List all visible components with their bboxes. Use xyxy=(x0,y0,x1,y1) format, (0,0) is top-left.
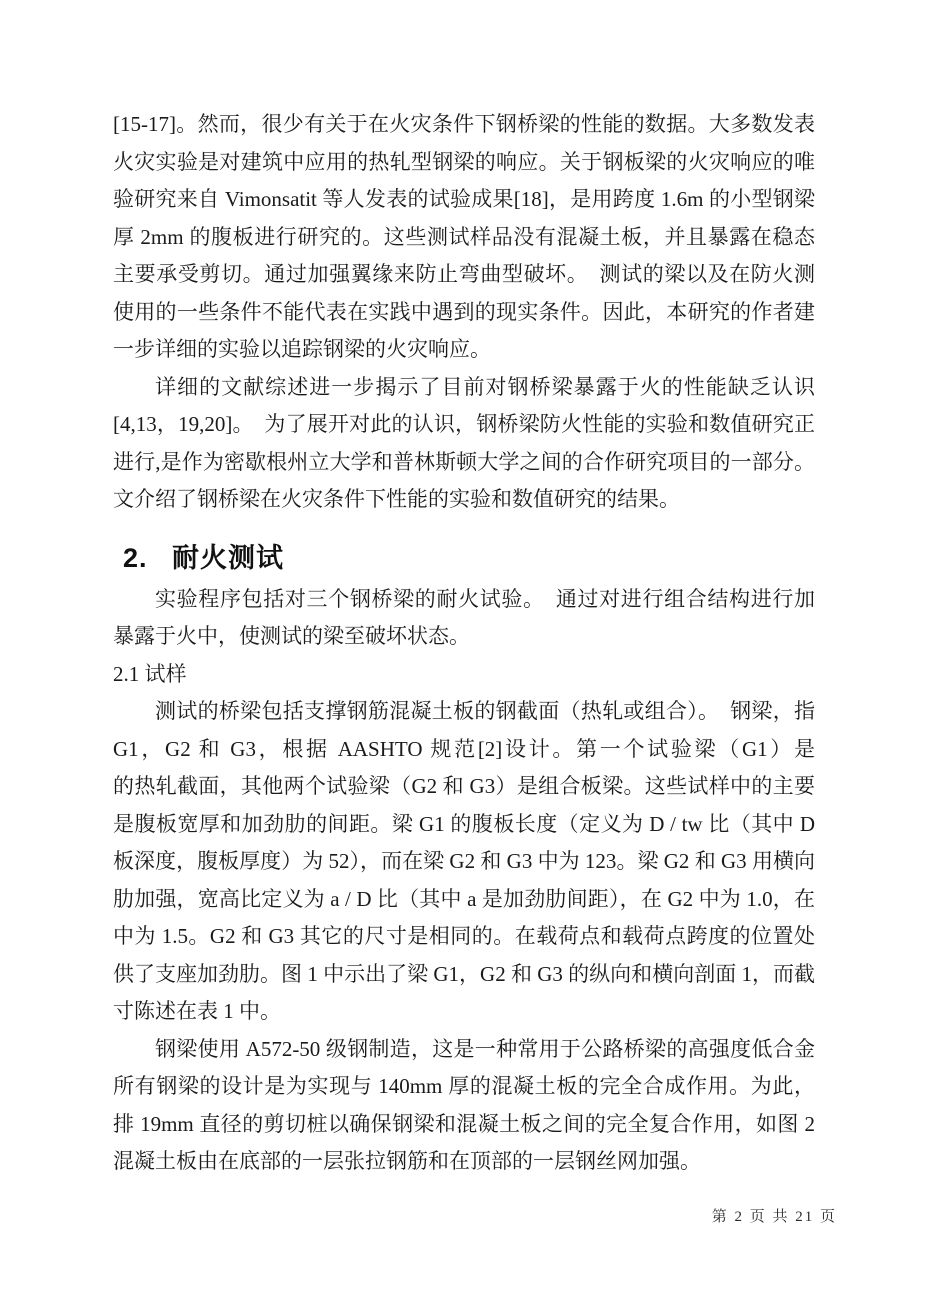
text-line: 板深度，腹板厚度）为 52），而在梁 G2 和 G3 中为 123。梁 G2 和… xyxy=(113,843,815,881)
text-line: 验研究来自 Vimonsatit 等人发表的试验成果[18]，是用跨度 1.6m… xyxy=(113,181,815,219)
text-line: 混凝土板由在底部的一层张拉钢筋和在顶部的一层钢丝网加强。 xyxy=(113,1143,815,1181)
document-page: [15-17]。然而，很少有关于在火灾条件下钢桥梁的性能的数据。大多数发表的 火… xyxy=(0,0,926,1309)
text-line: 主要承受剪切。通过加强翼缘来防止弯曲型破坏。 测试的梁以及在防火测试中 xyxy=(113,256,815,294)
text-line: 进行,是作为密歇根州立大学和普林斯顿大学之间的合作研究项目的一部分。本 xyxy=(113,444,815,482)
text-line: 寸陈述在表 1 中。 xyxy=(113,993,815,1031)
text-line: 厚 2mm 的腹板进行研究的。这些测试样品没有混凝土板，并且暴露在稳态火灾下 xyxy=(113,219,815,257)
text-line: 测试的桥梁包括支撑钢筋混凝土板的钢截面（热轧或组合）。 钢梁，指定为 xyxy=(113,693,815,731)
subsection-heading: 2.1 试样 xyxy=(113,656,815,694)
section-title: 耐火测试 xyxy=(172,543,284,573)
text-line: [15-17]。然而，很少有关于在火灾条件下钢桥梁的性能的数据。大多数发表的 xyxy=(113,106,815,144)
text-line: G1，G2 和 G3，根据 AASHTO 规范[2]设计。第一个试验梁（G1）是… xyxy=(113,731,815,769)
text-line: 供了支座加劲肋。图 1 中示出了梁 G1，G2 和 G3 的纵向和横向剖面 1，… xyxy=(113,956,815,994)
text-line: [4,13，19,20]。 为了展开对此的认识，钢桥梁防火性能的实验和数值研究正… xyxy=(113,406,815,444)
text-line: 的热轧截面，其他两个试验梁（G2 和 G3）是组合板梁。这些试样中的主要变量 xyxy=(113,768,815,806)
page-number-footer: 第 2 页 共 21 页 xyxy=(712,1205,837,1226)
section-number: 2. xyxy=(123,541,148,575)
text-line: 中为 1.5。G2 和 G3 其它的尺寸是相同的。在载荷点和载荷点跨度的位置处都… xyxy=(113,918,815,956)
text-line: 是腹板宽厚和加劲肋的间距。梁 G1 的腹板长度（定义为 D / tw 比（其中 … xyxy=(113,806,815,844)
text-block: [15-17]。然而，很少有关于在火灾条件下钢桥梁的性能的数据。大多数发表的 火… xyxy=(113,106,815,1181)
text-line: 肋加强，宽高比定义为 a / D 比（其中 a 是加劲肋间距），在 G2 中为 … xyxy=(113,881,815,919)
text-line: 一步详细的实验以追踪钢梁的火灾响应。 xyxy=(113,331,815,369)
text-line: 钢梁使用 A572-50 级钢制造，这是一种常用于公路桥梁的高强度低合金钢。 xyxy=(113,1031,815,1069)
text-line: 排 19mm 直径的剪切桩以确保钢梁和混凝土板之间的完全复合作用，如图 2 所示… xyxy=(113,1106,815,1144)
text-line: 文介绍了钢桥梁在火灾条件下性能的实验和数值研究的结果。 xyxy=(113,481,815,519)
text-line: 实验程序包括对三个钢桥梁的耐火试验。 通过对进行组合结构进行加载和 xyxy=(113,581,815,619)
text-line: 使用的一些条件不能代表在实践中遇到的现实条件。因此，本研究的作者建议进 xyxy=(113,294,815,332)
text-line: 所有钢梁的设计是为实现与 140mm 厚的混凝土板的完全合成作用。为此，提供两 xyxy=(113,1068,815,1106)
text-line: 火灾实验是对建筑中应用的热轧型钢梁的响应。关于钢板梁的火灾响应的唯一实 xyxy=(113,144,815,182)
text-line: 暴露于火中，使测试的梁至破坏状态。 xyxy=(113,618,815,656)
section-heading: 2. 耐火测试 xyxy=(123,541,815,575)
text-line: 详细的文献综述进一步揭示了目前对钢桥梁暴露于火的性能缺乏认识 xyxy=(113,369,815,407)
